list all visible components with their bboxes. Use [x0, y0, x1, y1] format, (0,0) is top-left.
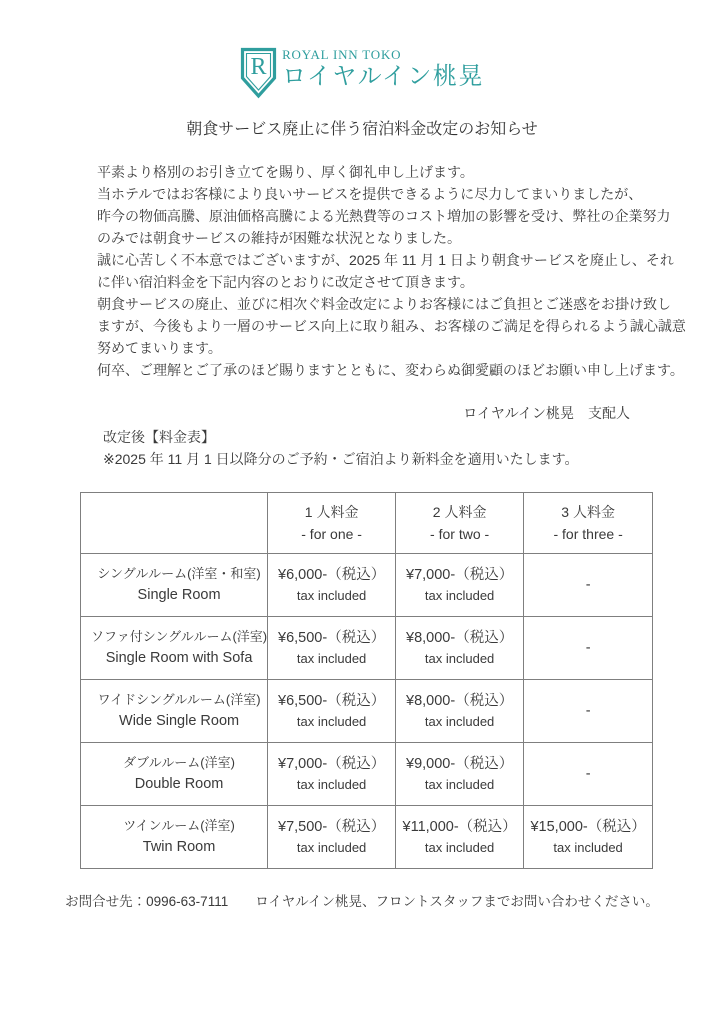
room-name-jp: ソファ付シングルルーム(洋室): [91, 626, 267, 647]
price-cell: -: [524, 743, 653, 806]
price-note: tax included: [396, 838, 523, 858]
room-name-cell: ツインルーム(洋室) Twin Room: [81, 806, 268, 869]
room-name-en: Double Room: [91, 773, 267, 796]
price-cell: ¥7,000-（税込） tax included: [268, 743, 396, 806]
logo-monogram: R: [251, 54, 267, 80]
header-en-label: - for three -: [524, 523, 652, 545]
table-row: ツインルーム(洋室) Twin Room ¥7,500-（税込） tax inc…: [81, 806, 653, 869]
body-line: 努めてまいります。: [97, 337, 634, 359]
price-value: ¥9,000-（税込）: [396, 753, 523, 775]
signature-line: ロイヤルイン桃晃 支配人: [463, 403, 630, 423]
price-cell: ¥7,500-（税込） tax included: [268, 806, 396, 869]
header-en-label: - for one -: [268, 523, 395, 545]
room-name-cell: シングルルーム(洋室・和室) Single Room: [81, 554, 268, 617]
room-name-cell: ダブルルーム(洋室) Double Room: [81, 743, 268, 806]
body-line: 誠に心苦しく不本意ではございますが、2025 年 11 月 1 日より朝食サービ…: [97, 249, 634, 271]
price-table-header-row: 1 人料金 - for one - 2 人料金 - for two - 3 人料…: [81, 493, 653, 554]
room-name-en: Wide Single Room: [91, 710, 267, 733]
document-page: R ROYAL INN TOKO ロイヤルイン桃晃 朝食サービス廃止に伴う宿泊料…: [0, 0, 724, 1024]
price-value: -: [524, 700, 652, 722]
hotel-logo: R ROYAL INN TOKO ロイヤルイン桃晃: [0, 47, 724, 99]
price-value: -: [524, 637, 652, 659]
price-value: ¥15,000-（税込）: [524, 816, 652, 838]
price-cell: ¥7,000-（税込） tax included: [396, 554, 524, 617]
price-cell: ¥11,000-（税込） tax included: [396, 806, 524, 869]
price-cell: -: [524, 680, 653, 743]
body-line: 何卒、ご理解とご了承のほど賜りますとともに、変わらぬ御愛顧のほどお願い申し上げま…: [97, 359, 634, 381]
price-value: ¥8,000-（税込）: [396, 627, 523, 649]
table-row: ダブルルーム(洋室) Double Room ¥7,000-（税込） tax i…: [81, 743, 653, 806]
header-en-label: - for two -: [396, 523, 523, 545]
price-note: tax included: [396, 586, 523, 606]
room-name-cell: ソファ付シングルルーム(洋室) Single Room with Sofa: [81, 617, 268, 680]
price-note: tax included: [268, 649, 395, 669]
price-value: ¥6,000-（税込）: [268, 564, 395, 586]
notice-body: 平素より格別のお引き立てを賜り、厚く御礼申し上げます。 当ホテルではお客様により…: [97, 161, 634, 381]
price-table: 1 人料金 - for one - 2 人料金 - for two - 3 人料…: [80, 492, 653, 869]
room-name-jp: ダブルルーム(洋室): [91, 752, 267, 773]
logo-text-block: ROYAL INN TOKO ロイヤルイン桃晃: [282, 47, 484, 92]
body-line: ますが、今後もより一層のサービス向上に取り組み、お客様のご満足を得られるよう誠心…: [97, 315, 634, 337]
revision-note: ※2025 年 11 月 1 日以降分のご予約・ご宿泊より新料金を適用いたします…: [103, 449, 579, 469]
price-cell: ¥6,500-（税込） tax included: [268, 617, 396, 680]
table-row: ソファ付シングルルーム(洋室) Single Room with Sofa ¥6…: [81, 617, 653, 680]
price-cell: ¥8,000-（税込） tax included: [396, 680, 524, 743]
header-three-person: 3 人料金 - for three -: [524, 493, 653, 554]
room-name-en: Single Room with Sofa: [91, 647, 267, 670]
header-room-cell: [81, 493, 268, 554]
header-two-person: 2 人料金 - for two -: [396, 493, 524, 554]
table-row: シングルルーム(洋室・和室) Single Room ¥6,000-（税込） t…: [81, 554, 653, 617]
room-name-en: Single Room: [91, 584, 267, 607]
shield-monogram-icon: R: [240, 47, 277, 99]
body-line: に伴い宿泊料金を下記内容のとおりに改定させて頂きます。: [97, 271, 634, 293]
price-value: ¥8,000-（税込）: [396, 690, 523, 712]
logo-name-en: ROYAL INN TOKO: [282, 47, 484, 62]
price-note: tax included: [268, 586, 395, 606]
price-note: tax included: [268, 838, 395, 858]
body-line: のみでは朝食サービスの維持が困難な状況となりました。: [97, 227, 634, 249]
price-cell: -: [524, 617, 653, 680]
price-cell: -: [524, 554, 653, 617]
header-jp-label: 1 人料金: [268, 501, 395, 523]
price-cell: ¥6,000-（税込） tax included: [268, 554, 396, 617]
price-cell: ¥9,000-（税込） tax included: [396, 743, 524, 806]
price-note: tax included: [396, 712, 523, 732]
body-line: 当ホテルではお客様により良いサービスを提供できるように尽力してまいりましたが、: [97, 183, 634, 205]
room-name-jp: ツインルーム(洋室): [91, 815, 267, 836]
price-cell: ¥8,000-（税込） tax included: [396, 617, 524, 680]
price-note: tax included: [396, 649, 523, 669]
logo-name-jp: ロイヤルイン桃晃: [282, 62, 484, 92]
price-note: tax included: [268, 712, 395, 732]
price-cell: ¥15,000-（税込） tax included: [524, 806, 653, 869]
price-value: ¥6,500-（税込）: [268, 690, 395, 712]
table-row: ワイドシングルルーム(洋室) Wide Single Room ¥6,500-（…: [81, 680, 653, 743]
price-value: ¥7,000-（税込）: [396, 564, 523, 586]
room-name-cell: ワイドシングルルーム(洋室) Wide Single Room: [81, 680, 268, 743]
price-value: ¥7,000-（税込）: [268, 753, 395, 775]
header-jp-label: 2 人料金: [396, 501, 523, 523]
price-note: tax included: [268, 775, 395, 795]
room-name-jp: シングルルーム(洋室・和室): [91, 563, 267, 584]
header-jp-label: 3 人料金: [524, 501, 652, 523]
room-name-jp: ワイドシングルルーム(洋室): [91, 689, 267, 710]
price-value: -: [524, 574, 652, 596]
body-line: 昨今の物価高騰、原油価格高騰による光熱費等のコスト増加の影響を受け、弊社の企業努…: [97, 205, 634, 227]
body-line: 朝食サービスの廃止、並びに相次ぐ料金改定によりお客様にはご負担とご迷惑をお掛け致…: [97, 293, 634, 315]
room-name-en: Twin Room: [91, 836, 267, 859]
revision-heading: 改定後【料金表】: [103, 427, 215, 447]
price-cell: ¥6,500-（税込） tax included: [268, 680, 396, 743]
contact-info: お問合せ先：0996-63-7111 ロイヤルイン桃晃、フロントスタッフまでお問…: [0, 890, 724, 910]
price-note: tax included: [396, 775, 523, 795]
price-value: ¥11,000-（税込）: [396, 816, 523, 838]
price-value: -: [524, 763, 652, 785]
notice-title: 朝食サービス廃止に伴う宿泊料金改定のお知らせ: [0, 116, 724, 139]
body-line: 平素より格別のお引き立てを賜り、厚く御礼申し上げます。: [97, 161, 634, 183]
price-note: tax included: [524, 838, 652, 858]
price-value: ¥6,500-（税込）: [268, 627, 395, 649]
header-one-person: 1 人料金 - for one -: [268, 493, 396, 554]
price-value: ¥7,500-（税込）: [268, 816, 395, 838]
